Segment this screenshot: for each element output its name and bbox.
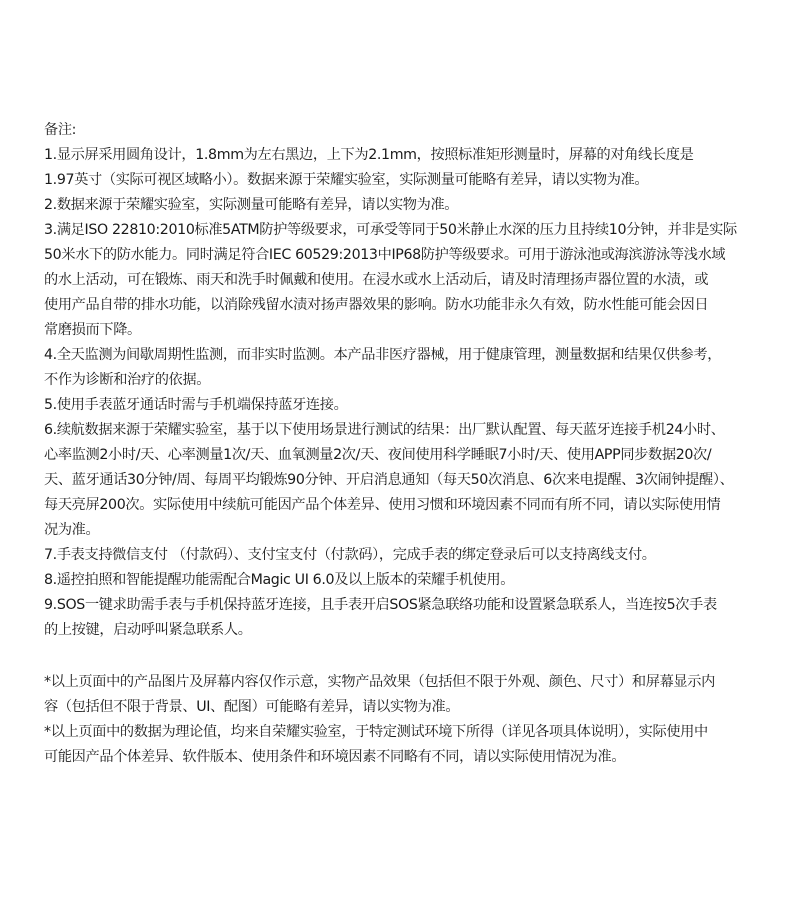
note-1-line-2: 1.97英寸（实际可视区域略小）。数据来源于荣耀实验室，实际测量可能略有差异，请… <box>44 168 764 193</box>
note-3-line-3: 的水上活动，可在锻炼、雨天和洗手时佩戴和使用。在浸水或水上活动后，请及时清理扬声… <box>44 268 764 293</box>
note-1-line-1: 1.显示屏采用圆角设计，1.8mm为左右黑边，上下为2.1mm，按照标准矩形测量… <box>44 143 764 168</box>
note-3-line-5: 常磨损而下降。 <box>44 318 764 343</box>
note-6-line-2: 心率监测2小时/天、心率测量1次/天、血氧测量2次/天、夜间使用科学睡眠7小时/… <box>44 443 764 468</box>
note-6-line-1: 6.续航数据来源于荣耀实验室，基于以下使用场景进行测试的结果：出厂默认配置、每天… <box>44 418 764 443</box>
note-8: 8.遥控拍照和智能提醒功能需配合Magic UI 6.0及以上版本的荣耀手机使用… <box>44 568 764 593</box>
note-5: 5.使用手表蓝牙通话时需与手机端保持蓝牙连接。 <box>44 393 764 418</box>
notes-heading: 备注: <box>44 118 764 143</box>
note-9-line-1: 9.SOS一键求助需手表与手机保持蓝牙连接，且手表开启SOS紧急联络功能和设置紧… <box>44 593 764 618</box>
notes-list: 1.显示屏采用圆角设计，1.8mm为左右黑边，上下为2.1mm，按照标准矩形测量… <box>44 143 764 643</box>
note-9-line-2: 的上按键，启动呼叫紧急联系人。 <box>44 618 764 643</box>
section-spacer <box>44 643 764 670</box>
note-4-line-1: 4.全天监测为间歇周期性监测，而非实时监测。本产品非医疗器械，用于健康管理，测量… <box>44 343 764 368</box>
disclaimer-2-line-1: *以上页面中的数据为理论值，均来自荣耀实验室，于特定测试环境下所得（详见各项具体… <box>44 720 764 745</box>
note-6-line-4: 每天亮屏200次。实际使用中续航可能因产品个体差异、使用习惯和环境因素不同而有所… <box>44 493 764 518</box>
disclaimer-1-line-2: 容（包括但不限于背景、UI、配图）可能略有差异，请以实物为准。 <box>44 695 764 720</box>
disclaimer-2-line-2: 可能因产品个体差异、软件版本、使用条件和环境因素不同略有不同，请以实际使用情况为… <box>44 745 764 770</box>
notes-document: 备注: 1.显示屏采用圆角设计，1.8mm为左右黑边，上下为2.1mm，按照标准… <box>44 118 764 770</box>
note-7: 7.手表支持微信支付 （付款码）、支付宝支付（付款码），完成手表的绑定登录后可以… <box>44 543 764 568</box>
note-6-line-5: 况为准。 <box>44 518 764 543</box>
disclaimer-1-line-1: *以上页面中的产品图片及屏幕内容仅作示意，实物产品效果（包括但不限于外观、颜色、… <box>44 670 764 695</box>
note-3-line-1: 3.满足ISO 22810:2010标准5ATM防护等级要求，可承受等同于50米… <box>44 218 764 243</box>
disclaimer-list: *以上页面中的产品图片及屏幕内容仅作示意，实物产品效果（包括但不限于外观、颜色、… <box>44 670 764 770</box>
note-4-line-2: 不作为诊断和治疗的依据。 <box>44 368 764 393</box>
note-6-line-3: 天、蓝牙通话30分钟/周、每周平均锻炼90分钟、开启消息通知（每天50次消息、6… <box>44 468 764 493</box>
note-2: 2.数据来源于荣耀实验室，实际测量可能略有差异，请以实物为准。 <box>44 193 764 218</box>
note-3-line-4: 使用产品自带的排水功能，以消除残留水渍对扬声器效果的影响。防水功能非永久有效，防… <box>44 293 764 318</box>
note-3-line-2: 50米水下的防水能力。同时满足符合IEC 60529:2013中IP68防护等级… <box>44 243 764 268</box>
